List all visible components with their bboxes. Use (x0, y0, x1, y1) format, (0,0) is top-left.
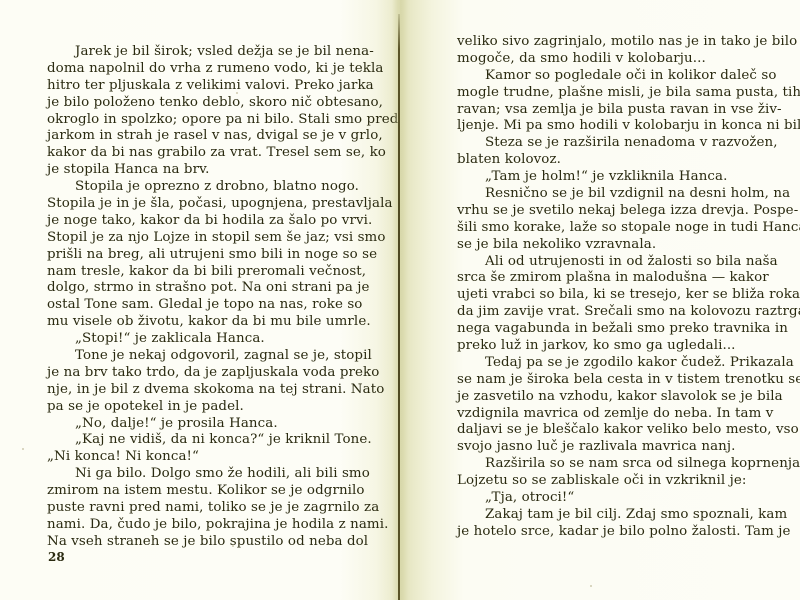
paper-speck (22, 448, 24, 450)
right-page-text: veliko sivo zagrinjalo, motilo nas je in… (457, 34, 757, 541)
text-line: Zakaj tam je bil cilj. Zdaj smo spoznali… (457, 507, 757, 524)
text-line: da jim zavije vrat. Srečali smo na kolov… (457, 304, 757, 321)
text-line: Na vseh straneh se je bilo spustilo od n… (47, 534, 347, 551)
text-line: „Stopi!“ je zaklicala Hanca. (47, 331, 347, 348)
text-line: nami. Da, čudo je bilo, pokrajina je hod… (47, 517, 347, 534)
text-line: Stopila je oprezno z drobno, blatno nogo… (47, 179, 347, 196)
text-line: je bilo položeno tenko deblo, skoro nič … (47, 95, 347, 112)
left-page-text: Jarek je bil širok; vsled dežja se je bi… (47, 44, 347, 551)
text-line: Steza se je razširila nenadoma v razvože… (457, 135, 757, 152)
text-line: Lojzetu so se zabliskale oči in vzkrikni… (457, 473, 757, 490)
text-line: mogoče, da smo hodili v kolobarju... (457, 51, 757, 68)
text-line: ujeti vrabci so bila, ki se tresejo, ker… (457, 287, 757, 304)
text-line: nje, in je bil z dvema skokoma na tej st… (47, 382, 347, 399)
text-line: pa se je opotekel in je padel. (47, 399, 347, 416)
text-line: „Tja, otroci!“ (457, 490, 757, 507)
text-line: „Ni konca! Ni konca!“ (47, 449, 347, 466)
text-line: Stopil je za njo Lojze in stopil sem še … (47, 230, 347, 247)
text-line: svojo jasno luč je razlivala mavrica nan… (457, 439, 757, 456)
text-line: je hotelo srce, kadar je bilo polno žalo… (457, 524, 757, 541)
text-line: vrhu se je svetilo nekaj belega izza dre… (457, 203, 757, 220)
text-line: okroglo in spolzko; opore pa ni bilo. St… (47, 112, 347, 129)
paper-speck (232, 545, 234, 547)
text-line: doma napolnil do vrha z rumeno vodo, ki … (47, 61, 347, 78)
text-line: ravan; vsa zemlja je bila pusta ravan in… (457, 102, 757, 119)
text-line: dolgo, strmo in strašno pot. Na oni stra… (47, 280, 347, 297)
text-line: prišli na breg, ali utrujeni smo bili in… (47, 247, 347, 264)
text-line: mu visele ob životu, kakor da bi mu bile… (47, 314, 347, 331)
text-line: preko luž in jarkov, ko smo ga ugledali.… (457, 338, 757, 355)
text-line: ostal Tone sam. Gledal je topo na nas, r… (47, 297, 347, 314)
text-line: „No, dalje!“ je prosila Hanca. (47, 416, 347, 433)
text-line: „Kaj ne vidiš, da ni konca?“ je kriknil … (47, 432, 347, 449)
paper-speck (568, 528, 570, 530)
text-line: puste ravni pred nami, toliko se je je z… (47, 500, 347, 517)
text-line: Tedaj pa se je zgodilo kakor čudež. Prik… (457, 355, 757, 372)
text-line: Razširila so se nam srca od silnega kopr… (457, 456, 757, 473)
text-line: je zasvetilo na vzhodu, kakor slavolok s… (457, 389, 757, 406)
text-line: je stopila Hanca na brv. (47, 162, 347, 179)
left-page: Jarek je bil širok; vsled dežja se je bi… (0, 0, 400, 600)
text-line: nega vagabunda in bežali smo preko travn… (457, 321, 757, 338)
text-line: se je bila nekoliko vzravnala. (457, 237, 757, 254)
book-spread: Jarek je bil širok; vsled dežja se je bi… (0, 0, 800, 600)
text-line: vzdignila mavrica od zemlje do neba. In … (457, 406, 757, 423)
text-line: jarkom in strah je rasel v nas, dvigal s… (47, 128, 347, 145)
text-line: „Tam je holm!“ je vzkliknila Hanca. (457, 169, 757, 186)
text-line: mogle trudne, plašne misli, je bila sama… (457, 85, 757, 102)
paper-speck (236, 92, 238, 94)
text-line: nam tresle, kakor da bi bili preromali v… (47, 264, 347, 281)
paper-speck (590, 585, 592, 587)
text-line: Ali od utrujenosti in od žalosti so bila… (457, 254, 757, 271)
text-line: Resnično se je bil vzdignil na desni hol… (457, 186, 757, 203)
text-line: Tone je nekaj odgovoril, zagnal se je, s… (47, 348, 347, 365)
text-line: ljenje. Mi pa smo hodili v kolobarju in … (457, 118, 757, 135)
gutter-shadow (392, 0, 408, 600)
text-line: je na brv tako trdo, da je zapljuskala v… (47, 365, 347, 382)
text-line: veliko sivo zagrinjalo, motilo nas je in… (457, 34, 757, 51)
text-line: šili smo korake, laže so stopale noge in… (457, 220, 757, 237)
text-line: Ni ga bilo. Dolgo smo že hodili, ali bil… (47, 466, 347, 483)
text-line: zmirom na istem mestu. Kolikor se je odg… (47, 483, 347, 500)
text-line: Stopila je in je šla, počasi, upognjena,… (47, 196, 347, 213)
text-line: kakor da bi nas grabilo za vrat. Tresel … (47, 145, 347, 162)
text-line: je noge tako, kakor da bi hodila za šalo… (47, 213, 347, 230)
text-line: blaten kolovoz. (457, 152, 757, 169)
text-line: hitro ter pljuskala z velikimi valovi. P… (47, 78, 347, 95)
text-line: daljavi se je bleščalo kakor veliko belo… (457, 422, 757, 439)
text-line: srca še zmirom plašna in malodušna — kak… (457, 270, 757, 287)
paper-speck (737, 478, 739, 480)
text-line: se nam je široka bela cesta in v tistem … (457, 372, 757, 389)
text-line: Kamor so pogledale oči in kolikor daleč … (457, 68, 757, 85)
left-page-number: 28 (48, 550, 65, 564)
text-line: Jarek je bil širok; vsled dežja se je bi… (47, 44, 347, 61)
book-gutter (398, 14, 400, 600)
